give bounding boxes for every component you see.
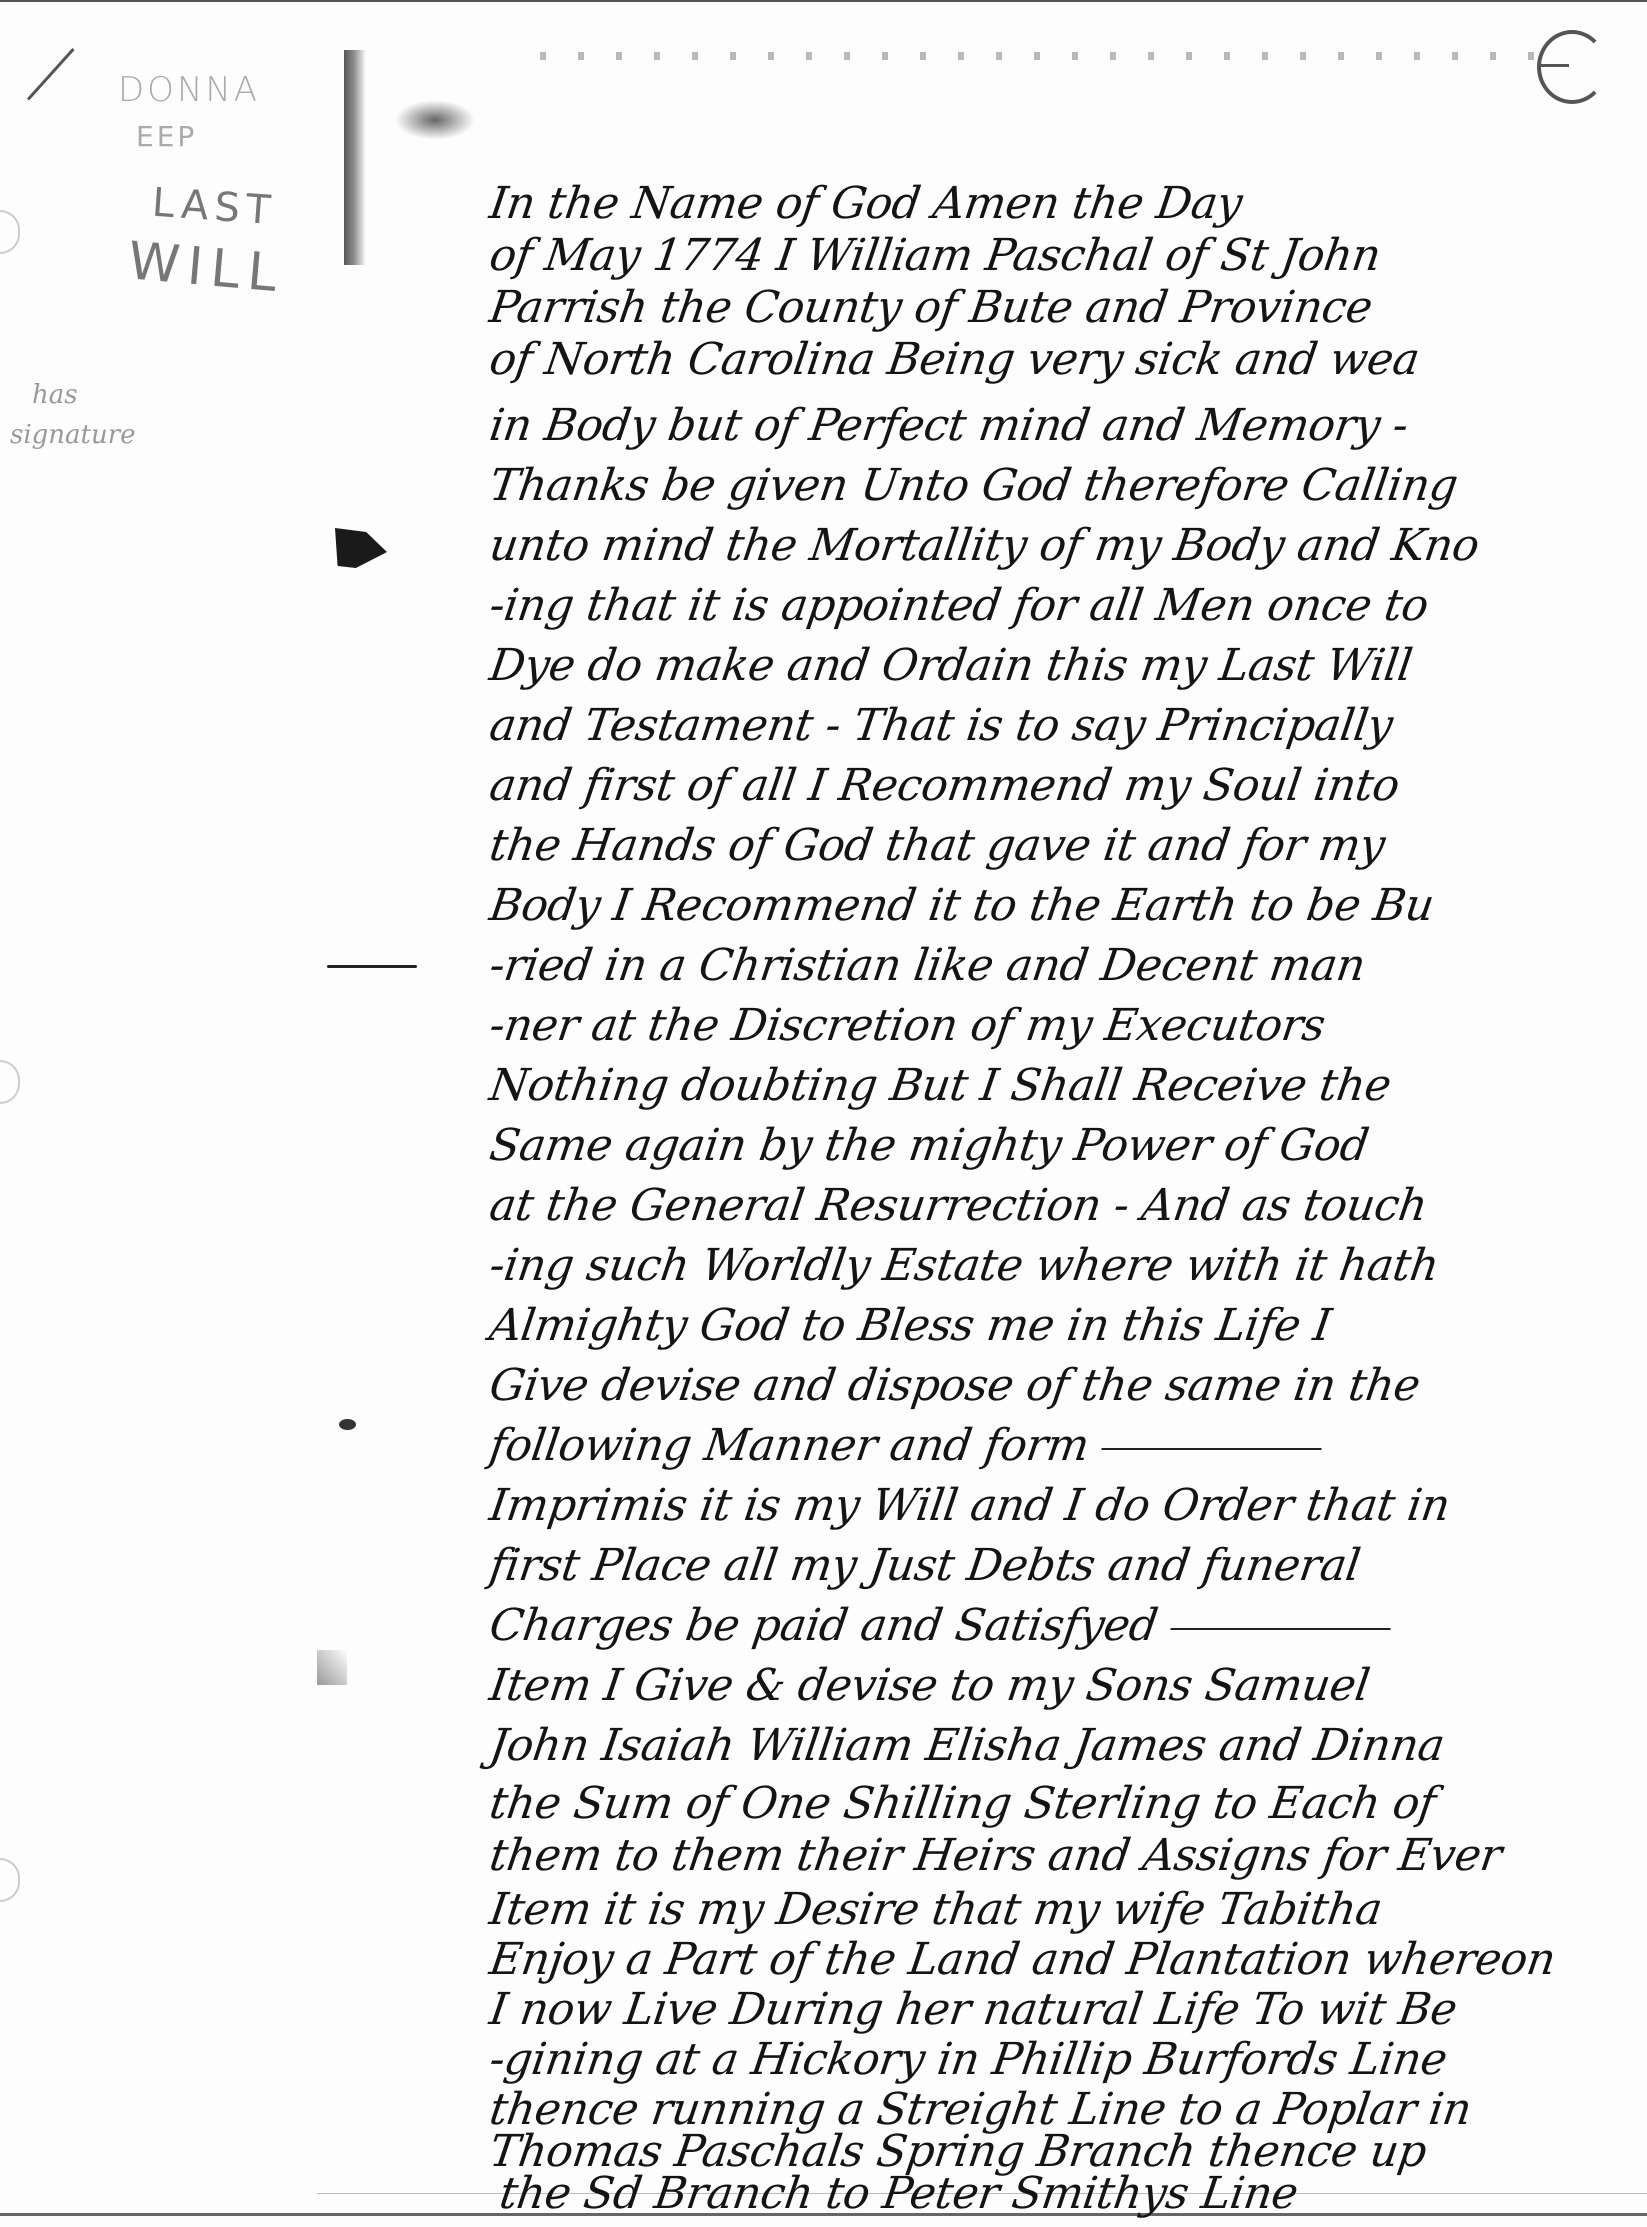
will-line: and Testament - That is to say Principal… — [486, 700, 1395, 751]
scanned-document-page: DONNA EEP LAST WILL has signature In the… — [0, 0, 1647, 2227]
will-line: the Hands of God that gave it and for my — [486, 820, 1387, 871]
will-line: Imprimis it is my Will and I do Order th… — [486, 1480, 1452, 1531]
circled-c-mark-icon — [1537, 30, 1607, 104]
check-mark-icon — [27, 48, 75, 101]
will-line: -ing such Worldly Estate where with it h… — [486, 1240, 1441, 1291]
will-line: Charges be paid and Satisfyed — [486, 1600, 1394, 1651]
will-line: -ried in a Christian like and Decent man — [486, 940, 1368, 991]
scan-specks — [540, 52, 1540, 60]
scan-dark-edge — [344, 50, 366, 265]
will-line: Same again by the mighty Power of God — [486, 1120, 1371, 1171]
will-line: -ner at the Discretion of my Executors — [486, 1000, 1328, 1051]
will-line: Give devise and dispose of the same in t… — [486, 1360, 1423, 1411]
punch-hole-icon — [0, 1060, 20, 1104]
will-line: Parrish the County of Bute and Province — [486, 282, 1375, 333]
margin-note-has: has — [32, 380, 78, 410]
ink-dot — [339, 1419, 356, 1430]
will-line: of North Carolina Being very sick and we… — [486, 334, 1422, 385]
will-line: Nothing doubting But I Shall Receive the — [486, 1060, 1394, 1111]
margin-note-donna: DONNA — [118, 70, 260, 110]
punch-hole-icon — [0, 210, 20, 254]
will-line: Item I Give & devise to my Sons Samuel — [486, 1660, 1372, 1711]
will-line: of May 1774 I William Paschal of St John — [486, 230, 1383, 281]
will-line: Thanks be given Unto God therefore Calli… — [486, 460, 1460, 511]
will-line: and first of all I Recommend my Soul int… — [486, 760, 1402, 811]
will-line: the Sum of One Shilling Sterling to Each… — [486, 1778, 1438, 1829]
will-line: Item it is my Desire that my wife Tabith… — [486, 1884, 1385, 1935]
margin-note-will: WILL — [126, 231, 287, 304]
will-line: first Place all my Just Debts and funera… — [486, 1540, 1363, 1591]
margin-note-last: LAST — [151, 180, 278, 235]
will-line: Dye do make and Ordain this my Last Will — [486, 640, 1415, 691]
will-line: Enjoy a Part of the Land and Plantation … — [486, 1934, 1558, 1985]
will-line: in Body but of Perfect mind and Memory - — [486, 400, 1411, 451]
scan-corner-mark — [317, 1650, 347, 1685]
will-line: I now Live During her natural Life To wi… — [486, 1984, 1459, 2035]
margin-note-eep: EEP — [136, 120, 197, 153]
ink-smudge — [395, 100, 475, 140]
will-line: In the Name of God Amen the Day — [486, 178, 1245, 229]
will-line: them to them their Heirs and Assigns for… — [486, 1830, 1504, 1881]
scan-top-edge — [0, 0, 1647, 2]
will-line: unto mind the Mortallity of my Body and … — [486, 520, 1482, 571]
will-line: -gining at a Hickory in Phillip Burfords… — [486, 2034, 1450, 2085]
margin-note-signature: signature — [10, 420, 136, 450]
margin-dash — [327, 965, 417, 968]
will-line: Almighty God to Bless me in this Life I — [486, 1300, 1334, 1351]
will-line: Body I Recommend it to the Earth to be B… — [486, 880, 1437, 931]
will-line: at the General Resurrection - And as tou… — [486, 1180, 1430, 1231]
punch-hole-icon — [0, 1858, 20, 1902]
will-line: following Manner and form — [486, 1420, 1326, 1471]
will-line: the Sd Branch to Peter Smithys Line — [496, 2168, 1301, 2219]
ink-blot — [335, 528, 387, 568]
will-line: -ing that it is appointed for all Men on… — [486, 580, 1431, 631]
will-line: John Isaiah William Elisha James and Din… — [486, 1720, 1447, 1771]
